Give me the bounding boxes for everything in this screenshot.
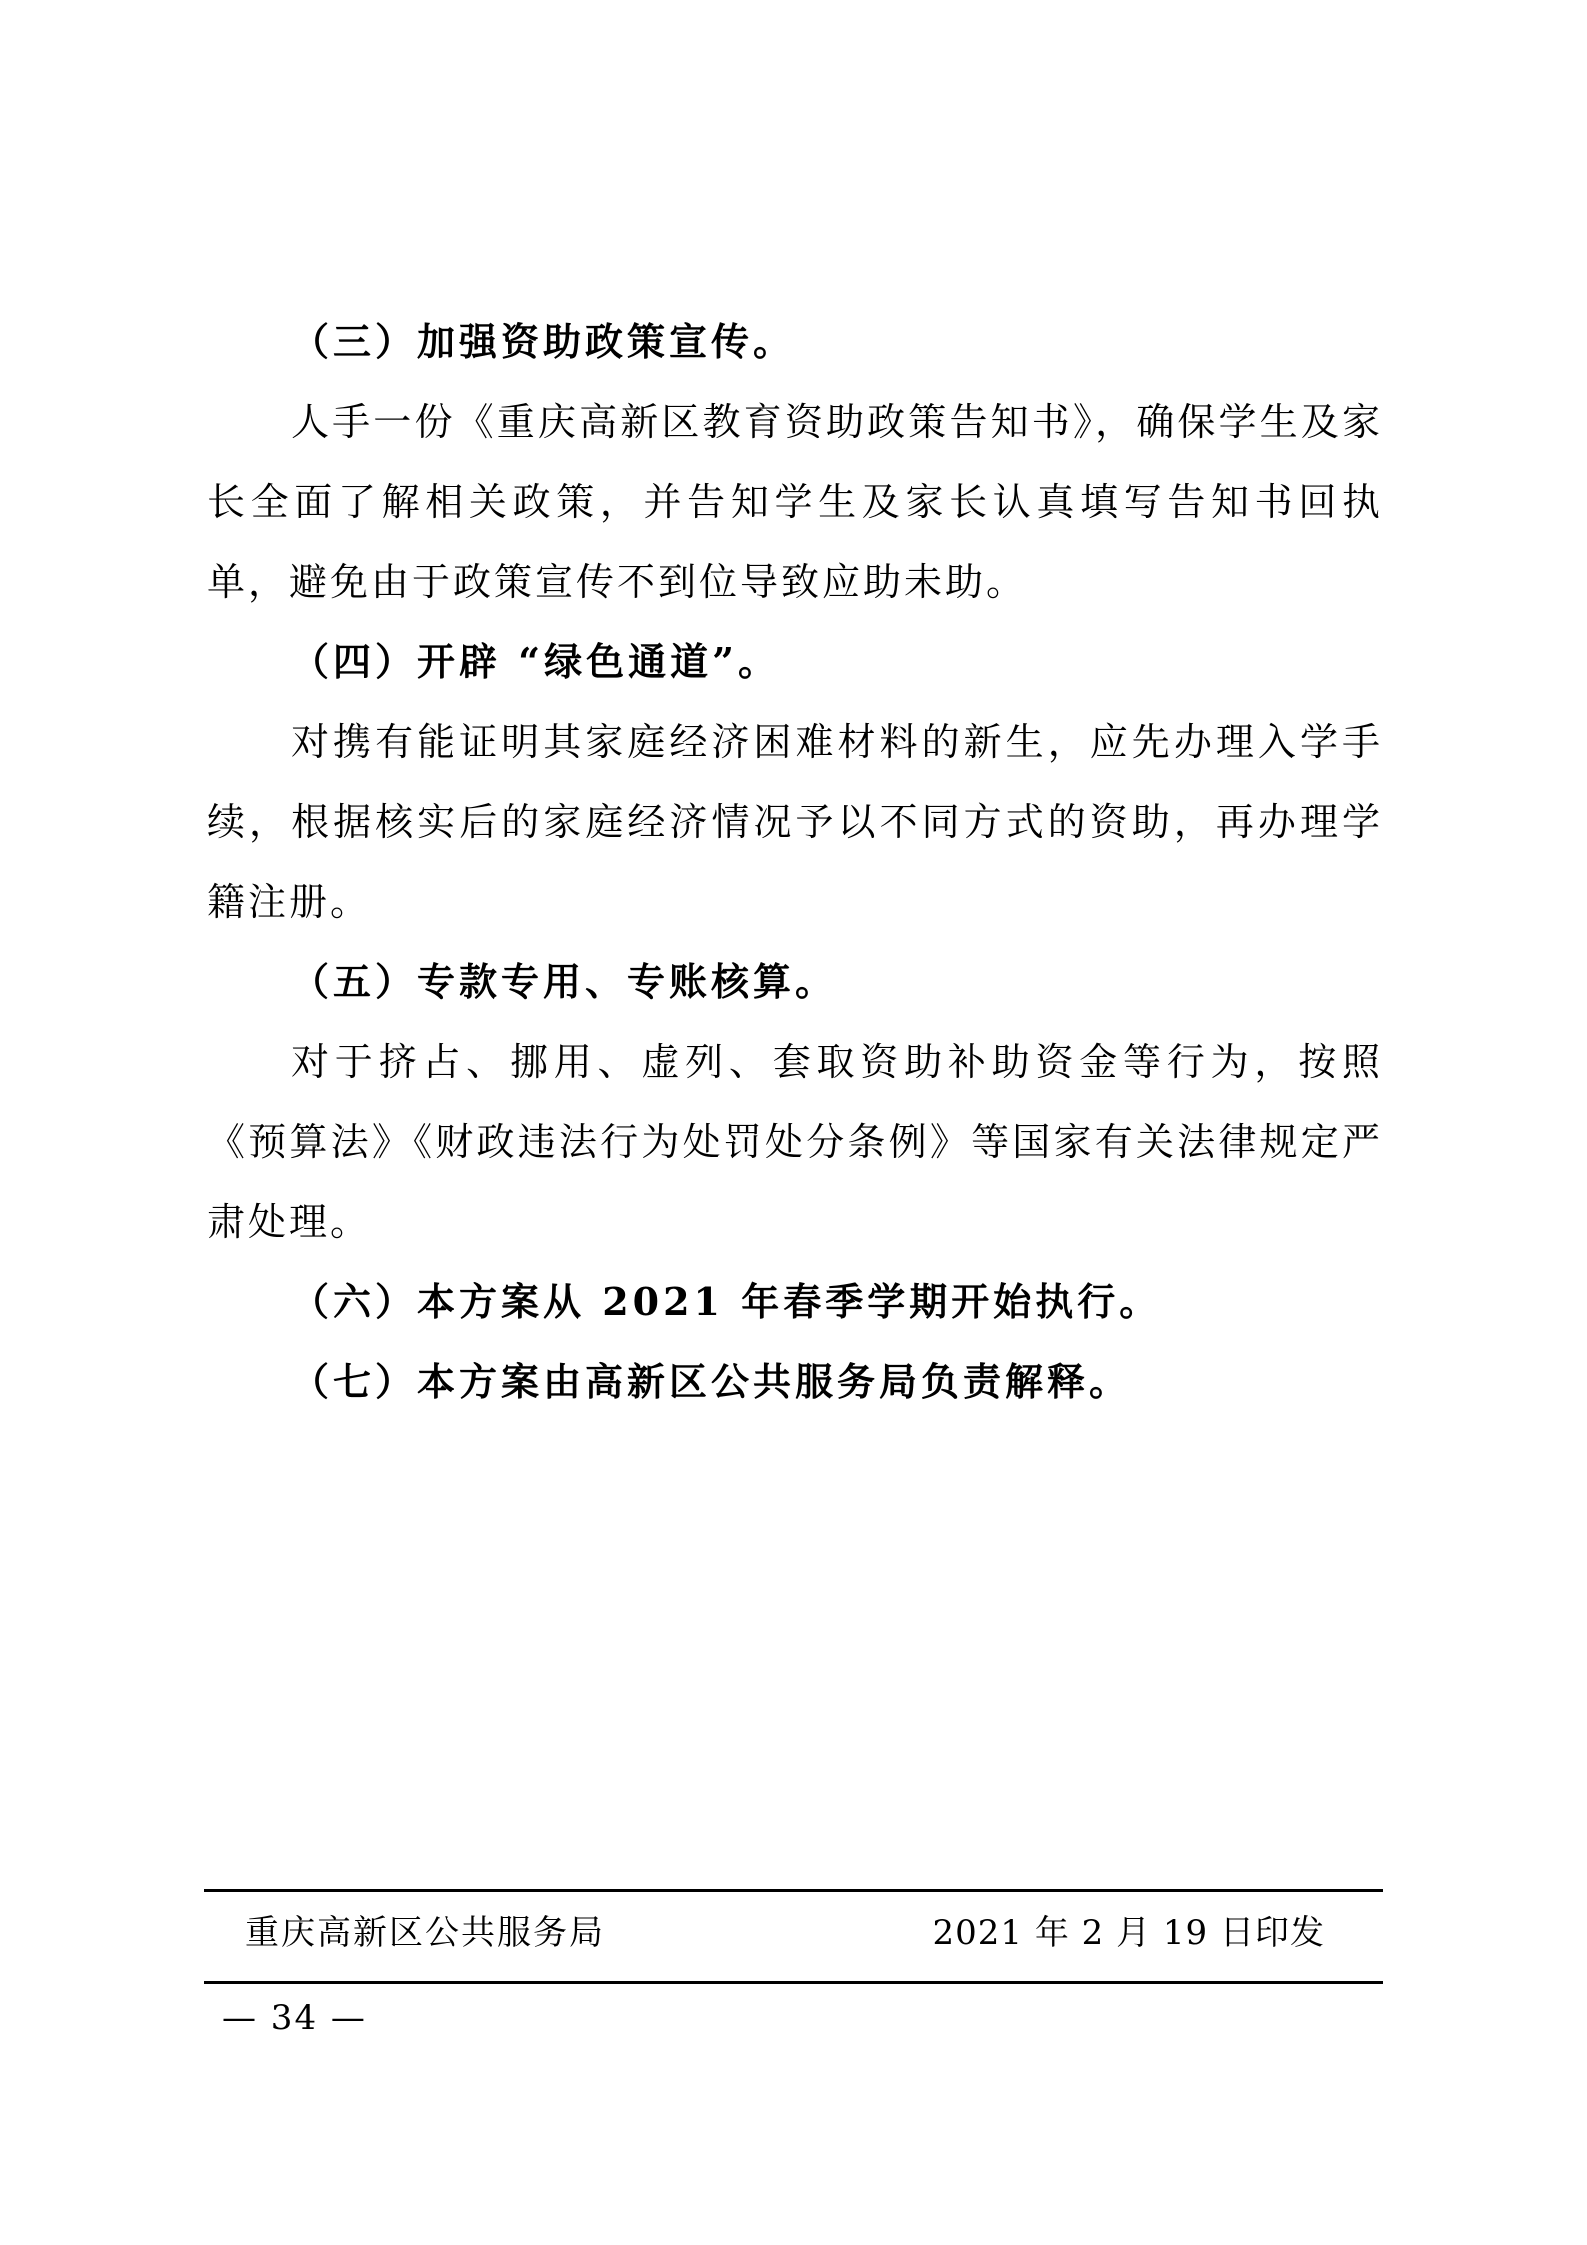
section-paragraph-4: 对携有能证明其家庭经济困难材料的新生，应先办理入学手续，根据核实后的家庭经济情况… xyxy=(207,702,1383,942)
document-body: （三）加强资助政策宣传。 人手一份《重庆高新区教育资助政策告知书》，确保学生及家… xyxy=(207,302,1383,1422)
footer-top-rule xyxy=(204,1889,1383,1892)
section-paragraph-5: 对于挤占、挪用、虚列、套取资助补助资金等行为，按照《预算法》《财政违法行为处罚处… xyxy=(207,1022,1383,1262)
section-heading-3: （三）加强资助政策宣传。 xyxy=(207,302,1383,382)
footer-issuer: 重庆高新区公共服务局 xyxy=(245,1908,605,1958)
page-number: — 34 — xyxy=(222,1993,367,2043)
document-page: （三）加强资助政策宣传。 人手一份《重庆高新区教育资助政策告知书》，确保学生及家… xyxy=(0,0,1587,2245)
footer-bottom-rule xyxy=(204,1981,1383,1984)
section-heading-7: （七）本方案由高新区公共服务局负责解释。 xyxy=(207,1342,1383,1422)
section-paragraph-3: 人手一份《重庆高新区教育资助政策告知书》，确保学生及家长全面了解相关政策，并告知… xyxy=(207,382,1383,622)
section-heading-5: （五）专款专用、专账核算。 xyxy=(207,942,1383,1022)
section-heading-6: （六）本方案从 2021 年春季学期开始执行。 xyxy=(207,1262,1383,1342)
section-heading-4: （四）开辟 “绿色通道”。 xyxy=(207,622,1383,702)
footer-issue-date: 2021 年 2 月 19 日印发 xyxy=(933,1908,1325,1958)
